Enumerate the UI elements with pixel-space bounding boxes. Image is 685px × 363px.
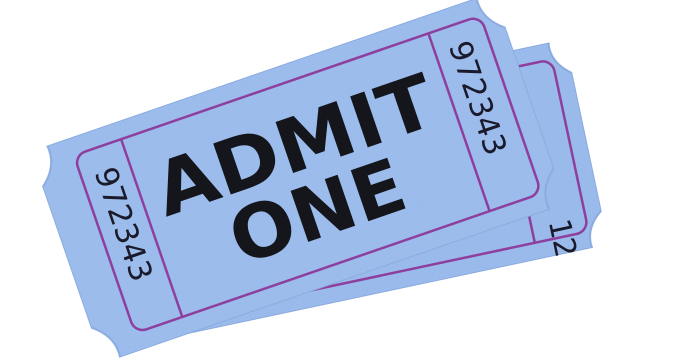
tickets-photo: 12 972343 972343 ADMIT ONE <box>0 0 685 363</box>
